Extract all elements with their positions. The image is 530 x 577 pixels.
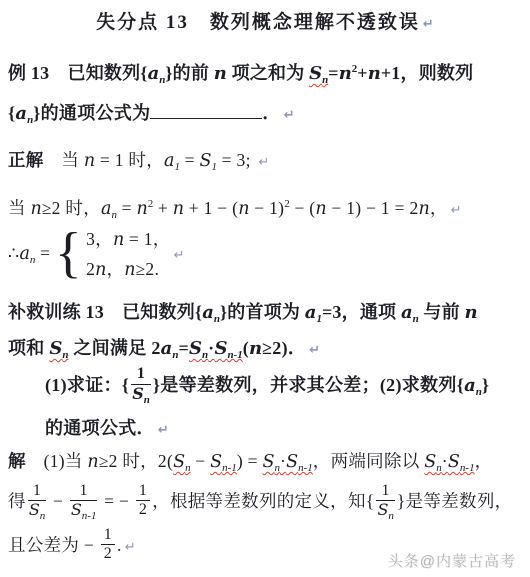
example-13-problem-line2: {an}的通项公式为．↵ — [8, 98, 526, 131]
answer-line2: 得1Sn − 1Sn-1 = − 12，根据等差数列的定义，知{1Sn}是等差数… — [8, 478, 526, 524]
remedial-training-13-questions-cont: 的通项公式．↵ — [45, 413, 526, 446]
paragraph-mark-icon: ↵ — [258, 155, 269, 170]
paragraph-mark-icon: ↵ — [125, 540, 136, 555]
paragraph-mark-icon: ↵ — [423, 17, 434, 32]
correct-solution-line1: 正解 当 n = 1 时，a1 = S1 = 3; ↵ — [8, 145, 526, 178]
correct-solution-line2: 当 n≥2 时，an = n2 + n + 1 − (n − 1)2 − (n … — [8, 193, 526, 226]
watermark: 头条@内蒙古高考 — [388, 550, 516, 571]
example-13-problem-line1: 例 13 已知数列{an}的前 n 项之和为 Sn=n2+n+1，则数列 — [8, 58, 526, 89]
answer-blank — [150, 100, 262, 119]
section-title: 失分点 13 数列概念理解不透致误↵ — [0, 8, 530, 40]
paragraph-mark-icon: ↵ — [158, 423, 169, 438]
paragraph-mark-icon: ↵ — [309, 343, 320, 358]
document-page: 失分点 13 数列概念理解不透致误↵ 例 13 已知数列{an}的前 n 项之和… — [0, 0, 530, 577]
piecewise-formula-line: ∴an = {3，n = 1，2n，n≥2.↵ — [8, 226, 526, 284]
paragraph-mark-icon: ↵ — [284, 108, 295, 123]
answer-line1: 解 (1)当 n≥2 时，2(Sn − Sn-1) = Sn·Sn-1，两端同除… — [8, 446, 526, 477]
remedial-training-13-questions: (1)求证：{1Sn}是等差数列，并求其公差；(2)求数列{an} — [45, 362, 526, 409]
remedial-training-13-line1: 补救训练 13 已知数列{an}的首项为 a1=3，通项 an 与前 n — [8, 297, 526, 328]
paragraph-mark-icon: ↵ — [451, 203, 462, 218]
paragraph-mark-icon: ↵ — [174, 248, 185, 263]
case-brace: { — [55, 228, 82, 278]
